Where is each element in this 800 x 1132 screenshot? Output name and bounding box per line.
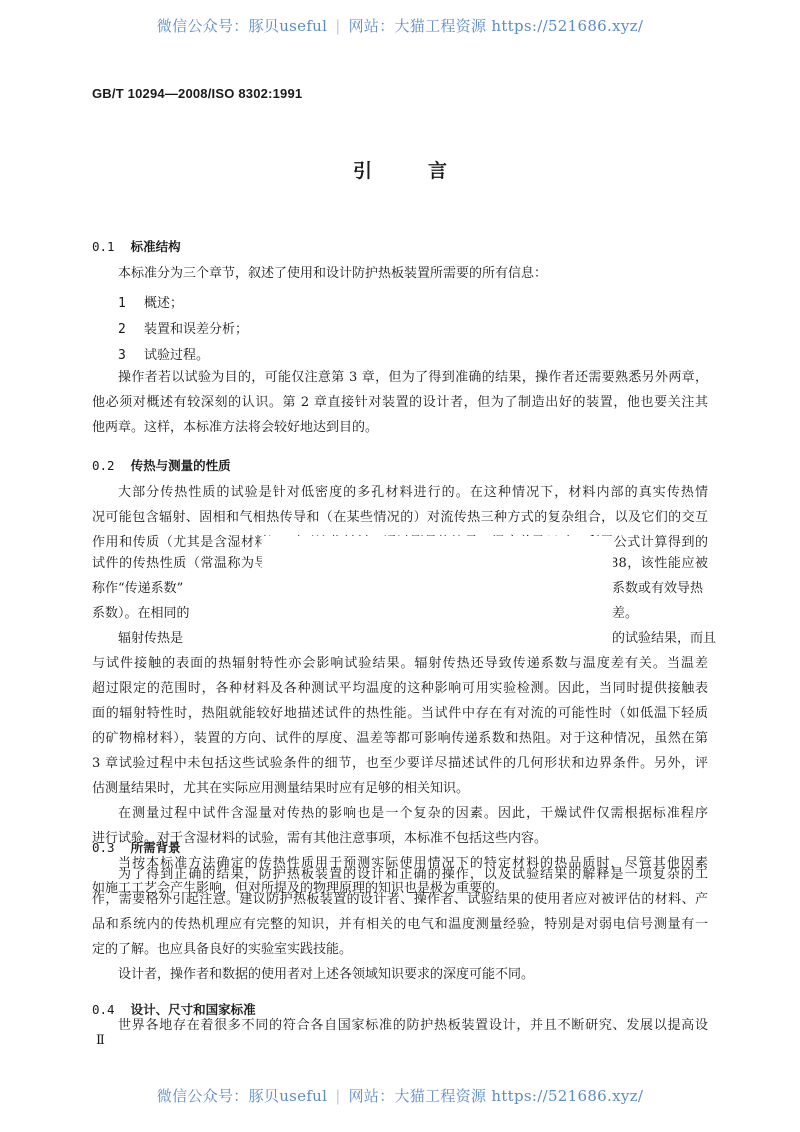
paragraph-line: 大部分传热性质的试验是针对低密度的多孔材料进行的。在这种情况下，材料内部的真实传… (118, 485, 708, 501)
occluding-box (262, 536, 613, 604)
paragraph-line: 他必须对概述有较深刻的认识。第 2 章直接针对装置的设计者，但为了制造出好的装置… (92, 395, 708, 411)
title-char-2: 言 (428, 156, 447, 183)
list-item: 1概述； (118, 292, 183, 311)
list-item: 2装置和误差分析； (118, 318, 248, 337)
section-heading-0-3: 0.3所需背景 (92, 838, 181, 856)
page-title: 引言 (0, 156, 800, 183)
paragraph-line: 与试件接触的表面的热辐射特性亦会影响试验结果。辐射传热还导致传递系数与温度差有关… (92, 656, 708, 672)
watermark-wechat: 微信公众号：豚贝useful (157, 1087, 327, 1105)
paragraph-line: 超过限定的范围时，各种材料及各种测试平均温度的这种影响可用实验检测。因此，当同时… (92, 681, 708, 697)
paragraph-line: 系数）。在相同的 (92, 606, 272, 622)
paragraph-line: 面的辐射特性时，热阻就能较好地描述试件的热性能。当试件中存在有对流的可能性时（如… (92, 706, 708, 722)
section-heading-0-4: 0.4设计、尺寸和国家标准 (92, 1000, 256, 1018)
list-item: 3试验过程。 (118, 344, 209, 363)
page-number: Ⅱ (96, 1033, 105, 1048)
paragraph-line: 系数或有效导热 (612, 581, 712, 597)
section-heading-0-1: 0.1标准结构 (92, 237, 181, 255)
paragraph-line: 的矿物棉材料），装置的方向、试件的厚度、温差等都可影响传递系数和热阻。对于这种情… (92, 731, 708, 747)
paragraph-line: 他两章。这样，本标准方法将会较好地达到目的。 (92, 420, 708, 436)
section-heading-0-2: 0.2传热与测量的性质 (92, 456, 231, 474)
paragraph-line: 差。 (612, 606, 712, 622)
paragraph-line: 进行试验。对于含湿材料的试验，需有其他注意事项，本标准不包括这些内容。 (92, 831, 708, 847)
paragraph-line: 称作“传递系数” (92, 581, 272, 597)
paragraph-line: 3 章试验过程中未包括这些试验条件的细节，也至少要详尽描述试件的几何形状和边界条… (92, 756, 708, 772)
watermark-wechat: 微信公众号：豚贝useful (157, 17, 327, 35)
watermark-top: 微信公众号：豚贝useful|网站：大猫工程资源 https://521686.… (0, 15, 800, 36)
watermark-site: 网站：大猫工程资源 https://521686.xyz/ (349, 1087, 644, 1105)
watermark-bottom: 微信公众号：豚贝useful|网站：大猫工程资源 https://521686.… (0, 1085, 800, 1106)
paragraph-line: 操作者若以试验为目的，可能仅注意第 3 章，但为了得到准确的结果，操作者还需要熟… (118, 370, 708, 386)
paragraph-line: 设计者，操作者和数据的使用者对上述各领域知识要求的深度可能不同。 (118, 967, 708, 983)
paragraph-line: 的试验结果，而且 (612, 631, 712, 647)
title-char-1: 引 (353, 156, 372, 183)
watermark-separator: | (335, 17, 340, 35)
paragraph-line: 在测量过程中试件含湿量对传热的影响也是一个复杂的因素。因此，干燥试件仅需根据标准… (118, 806, 708, 822)
paragraph-line: 品和系统内的传热机理应有完整的知识，并有相关的电气和温度测量经验，特别是对弱电信… (92, 917, 708, 933)
watermark-site: 网站：大猫工程资源 https://521686.xyz/ (349, 17, 644, 35)
paragraph-line: 定的了解。也应具备良好的实验室实践技能。 (92, 942, 708, 958)
standard-code: GB/T 10294—2008/ISO 8302:1991 (92, 86, 302, 101)
paragraph-line: 作，需要格外引起注意。建议防护热板装置的设计者、操作者、试验结果的使用者应对被评… (92, 892, 708, 908)
paragraph-line: 估测量结果时，尤其在实际应用测量结果时应有足够的相关知识。 (92, 781, 708, 797)
paragraph-line: 本标准分为三个章节，叙述了使用和设计防护热板装置所需要的所有信息： (118, 266, 708, 282)
paragraph-line: 况可能包含辐射、固相和气相热传导和（在某些情况的）对流传热三种方式的复杂组合，以… (92, 510, 708, 526)
paragraph-line: 世界各地存在着很多不同的符合各自国家标准的防护热板装置设计，并且不断研究、发展以… (118, 1018, 708, 1034)
watermark-separator: | (335, 1087, 340, 1105)
paragraph-line: 为了得到正确的结果，防护热板装置的设计和正确的操作，以及试验结果的解释是一项复杂… (118, 867, 708, 883)
paragraph-line: 辐射传热是 (118, 631, 278, 647)
